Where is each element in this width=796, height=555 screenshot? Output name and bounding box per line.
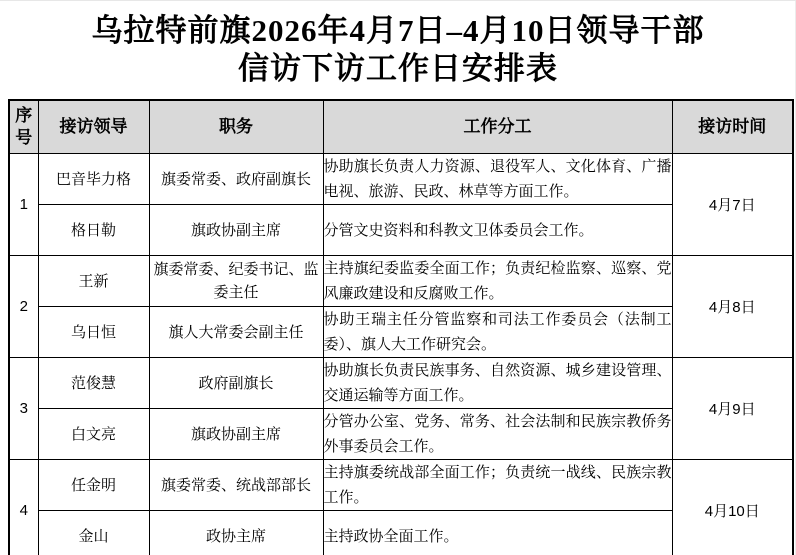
header-date: 接访时间 bbox=[672, 100, 793, 154]
table-row: 2 王新 旗委常委、纪委书记、监委主任 主持旗纪委监委全面工作；负责纪检监察、巡… bbox=[9, 256, 793, 307]
leader-duty: 主持旗委统战部全面工作；负责统一战线、民族宗教工作。 bbox=[323, 460, 672, 511]
leader-position: 旗委常委、纪委书记、监委主任 bbox=[149, 256, 323, 307]
leader-duty: 主持政协全面工作。 bbox=[323, 511, 672, 555]
leader-duty: 协助旗长负责人力资源、退役军人、文化体育、广播电视、旅游、民政、林草等方面工作。 bbox=[323, 154, 672, 205]
leader-position: 旗委常委、政府副旗长 bbox=[149, 154, 323, 205]
leader-position: 旗人大常委会副主任 bbox=[149, 307, 323, 358]
title-line-2: 信访下访工作日安排表 bbox=[0, 50, 796, 88]
header-row: 序号 接访领导 职务 工作分工 接访时间 bbox=[9, 100, 793, 154]
leader-name: 格日勒 bbox=[38, 205, 149, 256]
leader-name: 白文亮 bbox=[38, 409, 149, 460]
leader-name: 巴音毕力格 bbox=[38, 154, 149, 205]
reception-date: 4月7日 bbox=[672, 154, 793, 256]
title-line-1: 乌拉特前旗2026年4月7日–4月10日领导干部 bbox=[0, 12, 796, 50]
leader-name: 乌日恒 bbox=[38, 307, 149, 358]
header-duty: 工作分工 bbox=[323, 100, 672, 154]
leader-duty: 主持旗纪委监委全面工作；负责纪检监察、巡察、党风廉政建设和反腐败工作。 bbox=[323, 256, 672, 307]
leader-position: 政府副旗长 bbox=[149, 358, 323, 409]
leader-position: 旗政协副主席 bbox=[149, 409, 323, 460]
reception-date: 4月9日 bbox=[672, 358, 793, 460]
leader-duty: 协助王瑞主任分管监察和司法工作委员会（法制工委）、旗人大工作研究会。 bbox=[323, 307, 672, 358]
leader-duty: 分管办公室、党务、常务、社会法制和民族宗教侨务外事委员会工作。 bbox=[323, 409, 672, 460]
serial-number: 3 bbox=[9, 358, 38, 460]
schedule-table: 序号 接访领导 职务 工作分工 接访时间 1 巴音毕力格 旗委常委、政府副旗长 … bbox=[8, 99, 794, 555]
leader-name: 范俊慧 bbox=[38, 358, 149, 409]
serial-number: 1 bbox=[9, 154, 38, 256]
table-row: 1 巴音毕力格 旗委常委、政府副旗长 协助旗长负责人力资源、退役军人、文化体育、… bbox=[9, 154, 793, 205]
header-leader: 接访领导 bbox=[38, 100, 149, 154]
leader-position: 旗政协副主席 bbox=[149, 205, 323, 256]
table-row: 4 任金明 旗委常委、统战部部长 主持旗委统战部全面工作；负责统一战线、民族宗教… bbox=[9, 460, 793, 511]
leader-position: 旗委常委、统战部部长 bbox=[149, 460, 323, 511]
leader-name: 任金明 bbox=[38, 460, 149, 511]
table-row: 3 范俊慧 政府副旗长 协助旗长负责民族事务、自然资源、城乡建设管理、交通运输等… bbox=[9, 358, 793, 409]
reception-date: 4月8日 bbox=[672, 256, 793, 358]
serial-number: 4 bbox=[9, 460, 38, 555]
leader-name: 金山 bbox=[38, 511, 149, 555]
leader-duty: 分管文史资料和科教文卫体委员会工作。 bbox=[323, 205, 672, 256]
header-position: 职务 bbox=[149, 100, 323, 154]
serial-number: 2 bbox=[9, 256, 38, 358]
leader-name: 王新 bbox=[38, 256, 149, 307]
document-page: 乌拉特前旗2026年4月7日–4月10日领导干部 信访下访工作日安排表 序号 接… bbox=[0, 0, 796, 555]
reception-date: 4月10日 bbox=[672, 460, 793, 555]
document-title: 乌拉特前旗2026年4月7日–4月10日领导干部 信访下访工作日安排表 bbox=[0, 0, 796, 88]
header-serial: 序号 bbox=[9, 100, 38, 154]
leader-position: 政协主席 bbox=[149, 511, 323, 555]
leader-duty: 协助旗长负责民族事务、自然资源、城乡建设管理、交通运输等方面工作。 bbox=[323, 358, 672, 409]
